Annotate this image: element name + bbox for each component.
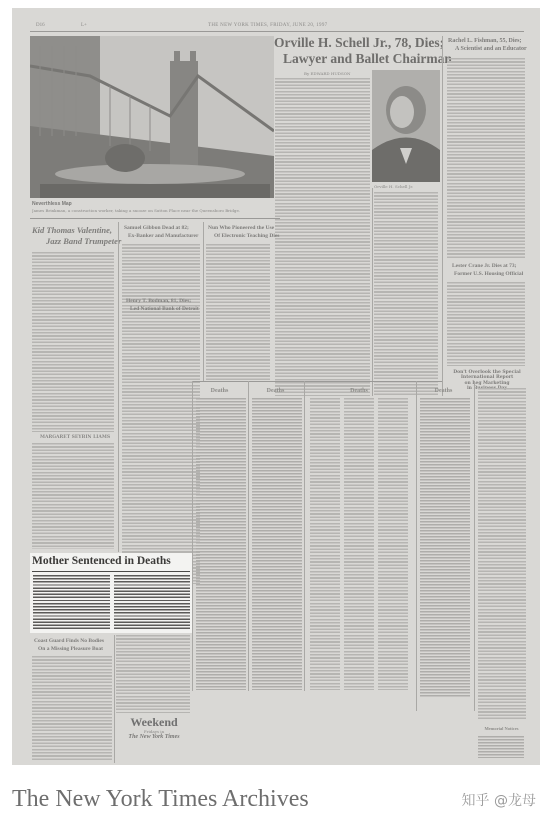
divider bbox=[372, 188, 373, 396]
bridge-photo bbox=[30, 36, 274, 198]
schell-portrait-caption: Orville H. Schell Jr. bbox=[374, 184, 413, 189]
margaret-subhead: MARGARET SEYBIN LIAMS bbox=[40, 435, 110, 440]
divider bbox=[442, 36, 443, 396]
deaths-list-5 bbox=[478, 388, 526, 720]
newspaper-page: D16 L+ THE NEW YORK TIMES, FRIDAY, JUNE … bbox=[12, 8, 540, 765]
weekend-ad-title: Weekend bbox=[116, 716, 192, 728]
pioneer-body bbox=[206, 244, 270, 380]
bodman-headline-1: Henry T. Bodman, 81, Dies; bbox=[126, 298, 191, 304]
divider bbox=[30, 218, 280, 219]
weekend-ad: Weekend Fridays in The New York Times bbox=[116, 716, 192, 758]
section-mark: L+ bbox=[81, 23, 87, 28]
memorial-header: Memorial Notices bbox=[474, 726, 529, 731]
deaths-header-2: Deaths bbox=[248, 388, 303, 394]
gibbon-headline-2: Ex-Banker and Manufacturer bbox=[128, 233, 198, 239]
divider bbox=[474, 381, 475, 711]
mother-sentenced-article: Mother Sentenced in Deaths bbox=[30, 553, 192, 633]
deaths-header-1: Deaths bbox=[192, 388, 247, 394]
notice-line-2: International Report bbox=[452, 375, 522, 380]
coast-guard-body bbox=[32, 656, 112, 761]
deaths-header-4: Deaths bbox=[416, 388, 471, 394]
mother-headline: Mother Sentenced in Deaths bbox=[32, 556, 171, 568]
divider bbox=[32, 571, 190, 572]
pioneer-headline-1: Nun Who Pioneered the Use bbox=[208, 225, 274, 231]
deaths-list-1 bbox=[196, 398, 246, 690]
page-number: D16 bbox=[36, 23, 45, 28]
divider bbox=[248, 381, 249, 691]
deaths-list-3b bbox=[344, 398, 374, 690]
mother-body-col1 bbox=[33, 575, 110, 630]
memorial-list bbox=[478, 736, 524, 758]
dean-body bbox=[447, 282, 525, 366]
margaret-body bbox=[32, 443, 114, 549]
mother-body-col2 bbox=[114, 575, 190, 630]
schell-body-col1 bbox=[275, 78, 370, 396]
bodman-headline-2: Led National Bank of Detroit bbox=[130, 306, 199, 312]
portrait-image bbox=[372, 70, 440, 182]
valentine-body bbox=[32, 252, 114, 432]
deaths-list-4 bbox=[420, 398, 470, 698]
schell-body-col2 bbox=[374, 192, 438, 396]
divider bbox=[416, 381, 417, 711]
pioneer-headline-2: Of Electronic Teaching Dies bbox=[214, 233, 279, 239]
divider bbox=[203, 222, 204, 382]
schell-headline-1: Orville H. Schell Jr., 78, Dies; bbox=[274, 36, 444, 50]
gibbon-headline-1: Samuel Gibbon Dead at 82; bbox=[124, 225, 189, 231]
photo-caption-title: Neverthless Map bbox=[32, 201, 72, 207]
divider bbox=[118, 222, 119, 552]
archive-title: The New York Times Archives bbox=[12, 786, 309, 813]
fishman-headline-1: Rachel L. Fishman, 55, Dies; bbox=[448, 38, 522, 45]
bridge-photo-image bbox=[30, 36, 274, 198]
schell-portrait bbox=[372, 70, 440, 182]
weekend-ad-brand: The New York Times bbox=[116, 734, 192, 740]
deaths-header-3: Deaths bbox=[304, 388, 414, 394]
dean-headline-1: Lester Crane Jr. Dies at 73; bbox=[452, 263, 516, 269]
valentine-headline-1: Kid Thomas Valentine, bbox=[32, 226, 112, 235]
divider bbox=[192, 381, 193, 691]
header-rule bbox=[30, 31, 524, 32]
divider bbox=[114, 635, 115, 763]
dean-headline-2: Former U.S. Housing Official bbox=[454, 271, 523, 277]
deaths-list-3c bbox=[378, 398, 408, 690]
fishman-body bbox=[447, 58, 525, 258]
valentine-headline-2: Jazz Band Trumpeter bbox=[46, 237, 121, 246]
deaths-list-3a bbox=[310, 398, 340, 690]
photo-caption-text: James Brinkman, a construction worker, t… bbox=[32, 208, 272, 213]
coast-guard-headline-2: On a Missing Pleasure Boat bbox=[38, 646, 103, 652]
divider bbox=[192, 381, 442, 382]
zhihu-watermark: 知乎 @龙母 bbox=[462, 790, 536, 810]
mother-body-continued bbox=[116, 635, 190, 713]
schell-headline-2: Lawyer and Ballet Chairman bbox=[283, 52, 452, 66]
deaths-list-2 bbox=[252, 398, 302, 690]
fishman-headline-2: A Scientist and an Educator bbox=[455, 46, 527, 53]
schell-byline: By EDWARD HUDSON bbox=[304, 71, 350, 76]
masthead-line: THE NEW YORK TIMES, FRIDAY, JUNE 20, 199… bbox=[208, 23, 327, 28]
divider bbox=[304, 381, 305, 691]
coast-guard-headline-1: Coast Guard Finds No Bodies bbox=[34, 638, 104, 644]
gibbon-body bbox=[122, 244, 200, 584]
